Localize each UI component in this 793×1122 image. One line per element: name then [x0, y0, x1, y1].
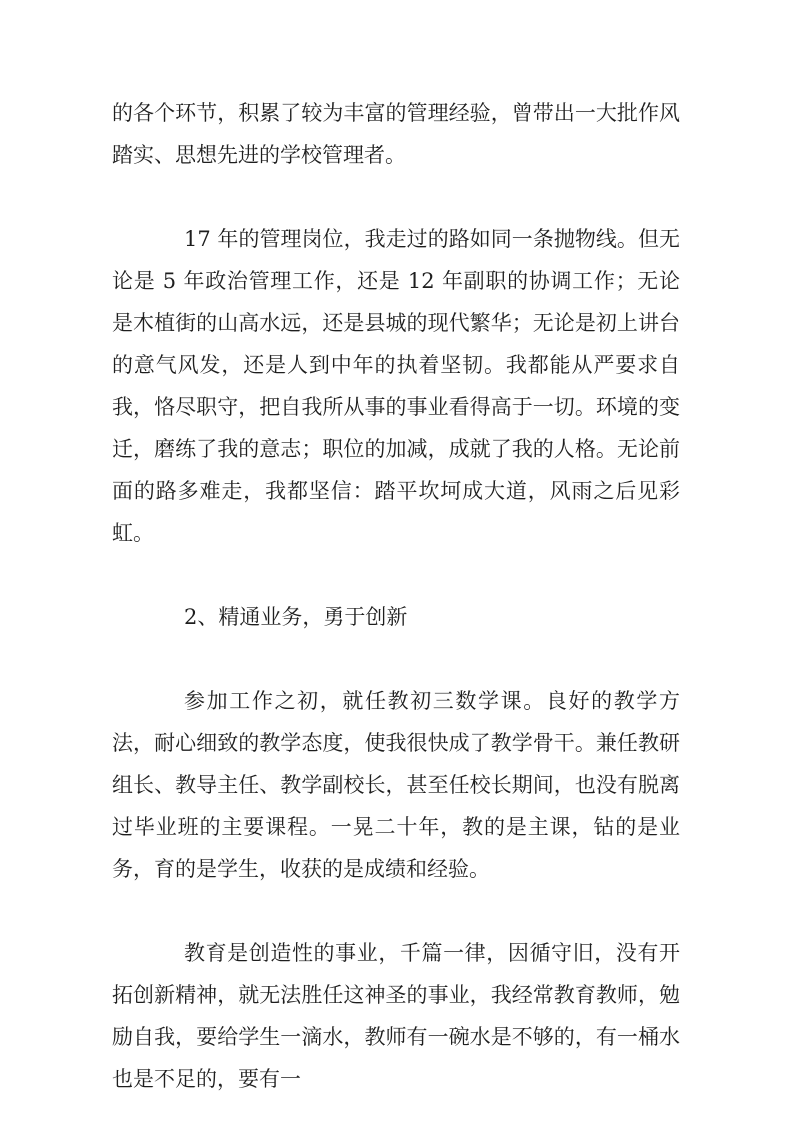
section-heading-2: 2、精通业务，勇于创新 — [112, 596, 680, 638]
paragraph-management-career: 17 年的管理岗位，我走过的路如同一条抛物线。但无论是 5 年政治管理工作，还是… — [112, 218, 680, 554]
paragraph-continuation: 的各个环节，积累了较为丰富的管理经验，曾带出一大批作风踏实、思想先进的学校管理者… — [112, 92, 680, 176]
document-page: 的各个环节，积累了较为丰富的管理经验，曾带出一大批作风踏实、思想先进的学校管理者… — [0, 0, 793, 1122]
paragraph-education-creativity: 教育是创造性的事业，千篇一律，因循守旧，没有开拓创新精神，就无法胜任这神圣的事业… — [112, 932, 680, 1100]
document-text-block: 的各个环节，积累了较为丰富的管理经验，曾带出一大批作风踏实、思想先进的学校管理者… — [0, 0, 793, 1100]
paragraph-teaching-career: 参加工作之初，就任教初三数学课。良好的教学方法，耐心细致的教学态度，使我很快成了… — [112, 680, 680, 890]
